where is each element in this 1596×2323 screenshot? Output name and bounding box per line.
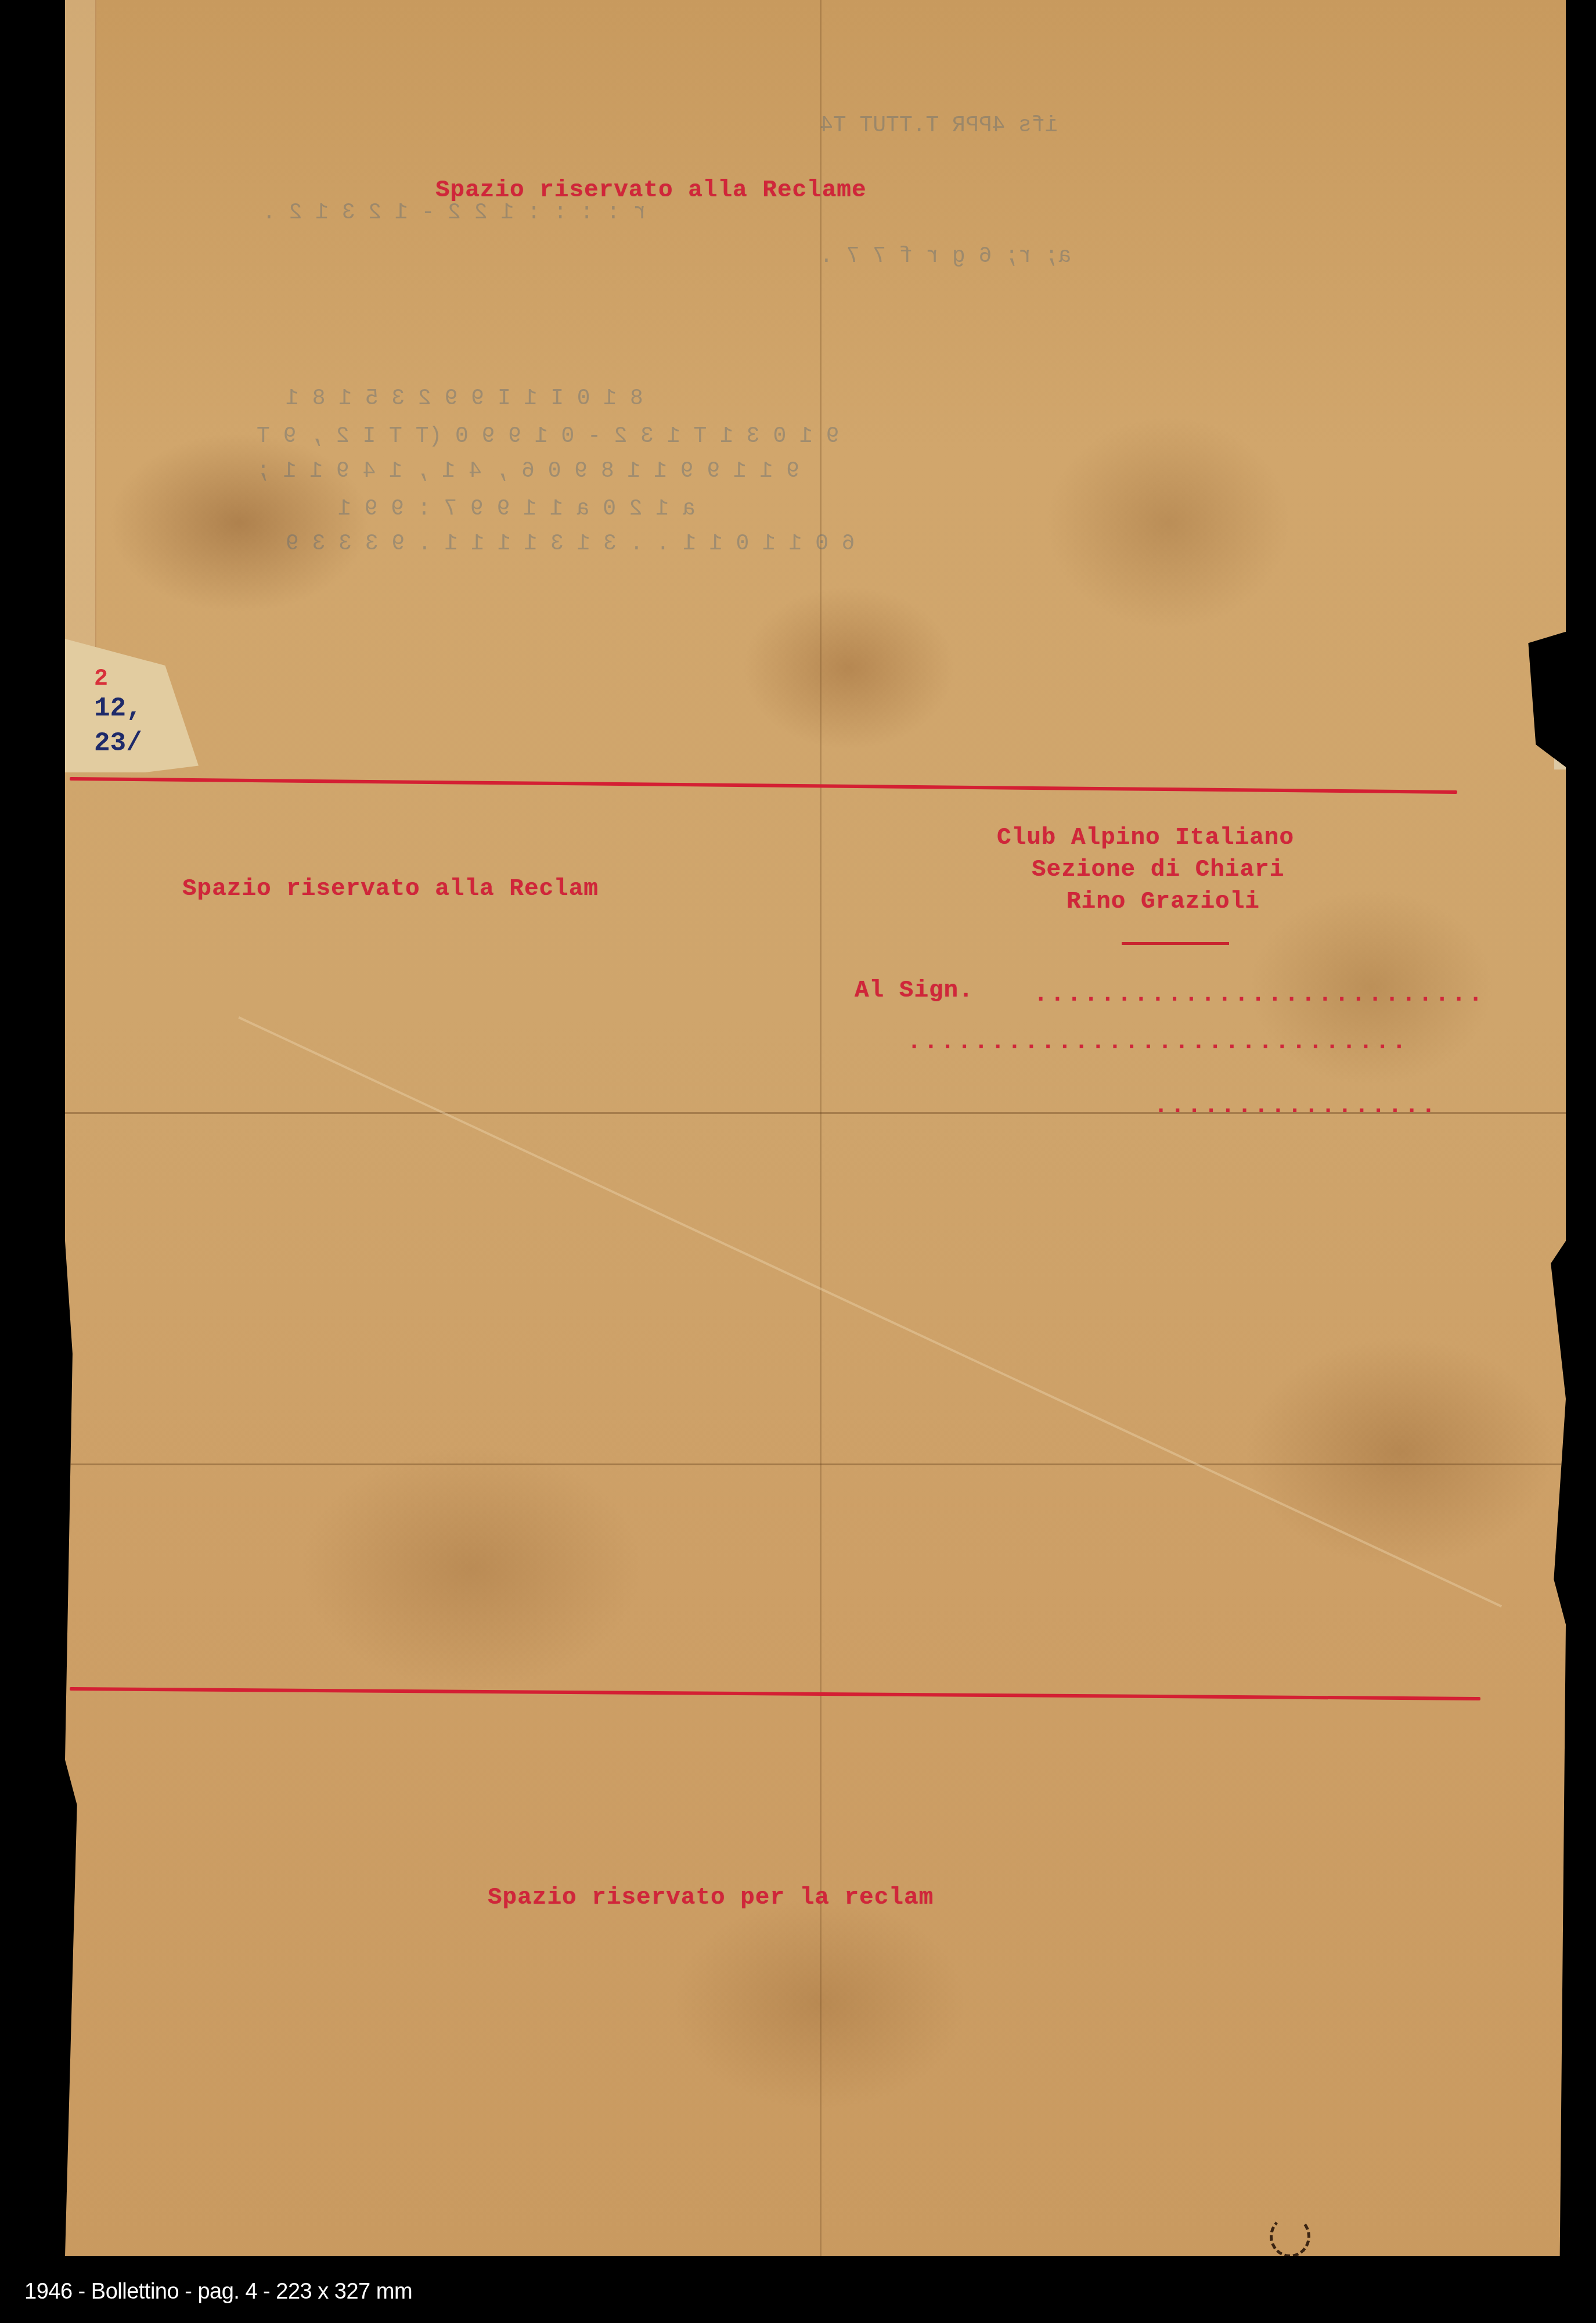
sender-line-club: Club Alpino Italiano: [997, 825, 1294, 851]
reclame-label-top: Spazio riservato alla Reclame: [435, 177, 867, 204]
addressee-label: Al Sign.: [855, 977, 974, 1004]
bleed-through-text: a; r; 6 g r f 7 7 .: [820, 244, 1071, 269]
bleed-through-text: 8 1 0 I 1 I 9 9 2 3 5 1 8 1: [286, 386, 643, 411]
corner-number: 23/: [94, 726, 142, 761]
bleed-through-text: 6 0 1 1 0 1 1 . . 3 1 3 1 1 1 1 . 9 3 3 …: [286, 531, 855, 556]
sender-line-name: Rino Grazioli: [1067, 889, 1260, 915]
ink-ring-mark: [1270, 2216, 1310, 2257]
address-line-3: .................: [1154, 1092, 1490, 1120]
bleed-through-text: r : : : : 1 2 2 - 1 2 3 1 2 .: [262, 200, 646, 225]
sender-line-section: Sezione di Chiari: [1032, 857, 1284, 883]
address-line-1: ...........................: [1033, 980, 1596, 1008]
address-line-2: ..............................: [907, 1028, 1487, 1056]
corner-mark-red: 2: [94, 668, 142, 691]
bleed-through-text: a 1 2 0 a 1 1 9 9 7 : 9 9 1: [338, 497, 696, 522]
reclame-label-bottom: Spazio riservato per la reclam: [488, 1885, 934, 1911]
image-caption: 1946 - Bollettino - pag. 4 - 223 x 327 m…: [24, 2279, 412, 2304]
sender-underline: [1122, 942, 1229, 945]
corner-numbers: 2 12, 23/: [94, 668, 142, 761]
fold-line-vertical: [820, 0, 822, 2256]
bleed-through-text: 9 1 0 3 1 T 1 3 2 - 0 1 9 9 0 (T T I 2 ,…: [257, 424, 839, 449]
bleed-through-text: 9 1 1 9 9 1 1 8 9 0 6 , 4 1 , 1 4 9 1 1 …: [257, 459, 799, 484]
corner-number: 12,: [94, 691, 142, 726]
fold-line-horizontal: [65, 1463, 1566, 1465]
red-rule-bottom: [70, 1687, 1480, 1700]
reclame-label-middle: Spazio riservato alla Reclam: [182, 876, 599, 902]
document-page: 2 1 2 12, 23/ ifs 4PPR T.TTUT T4 r : : :…: [65, 0, 1566, 2256]
bleed-through-text: ifs 4PPR T.TTUT T4: [820, 113, 1058, 138]
red-rule-top: [70, 777, 1457, 794]
